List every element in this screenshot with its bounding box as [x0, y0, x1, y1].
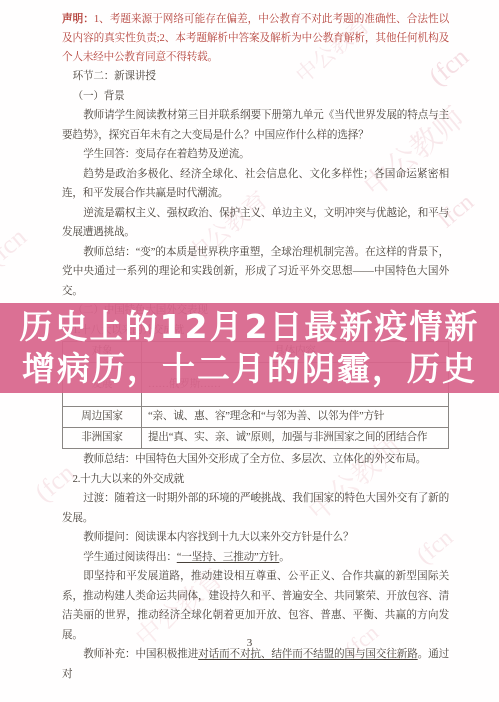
paragraph: 学生回答：变局存在着趋势及逆流。	[62, 145, 449, 165]
overlay-title-line1: 历史上的12月2日最新疫情新	[20, 306, 480, 348]
table-cell: 周边国家	[63, 407, 142, 428]
paragraph-text: 教师补充：中国积极推进	[83, 649, 198, 660]
paragraph: 趋势是政治多极化、经济全球化、社会信息化、文化多样性；各国命运紧密相连，和平发展…	[62, 165, 449, 204]
paragraph: 教师补充：中国积极推进对话而不对抗、结伴而不结盟的国与国交往新路。通过对	[62, 645, 449, 684]
underlined-phrase: “一坚持、三推动”方针	[177, 552, 280, 563]
table-row: 周边国家 “亲、诚、惠、容”理念和“与邻为善、以邻为伴”方针	[63, 407, 449, 428]
overlay-banner: 历史上的12月2日最新疫情新 增病历，十二月的阴霾，历史	[0, 303, 499, 393]
paragraph: 过渡：随着这一时期外部的环境的严峻挑战、我们国家的特色大国外交有了新的发展。	[62, 489, 449, 528]
page-number: 3	[0, 637, 499, 649]
section-heading: 环节二：新课讲授	[62, 67, 449, 87]
disclaimer: 声明：1、考题来源于网络可能存在偏差，中公教育不对此考题的准确性、合法性以及内容…	[62, 10, 449, 67]
watermark-text: (fcn	[0, 222, 33, 272]
paragraph: 教师总结：中国特色大国外交形成了全方位、多层次、立体化的外交布局。	[62, 450, 449, 470]
paragraph: 逆流是霸权主义、强权政治、保护主义、单边主义，文明冲突与优越论，和平与发展遭遇挑…	[62, 204, 449, 243]
paragraph: 即坚持和平发展道路，推动建设相互尊重、公平正义、合作共赢的新型国际关系，推动构建…	[62, 567, 449, 645]
table-cell: “亲、诚、惠、容”理念和“与邻为善、以邻为伴”方针	[142, 407, 449, 428]
document-page: 中公教育 (fcn 中公教师 (fcn lfcn 中公教育 (fcn 中公教师 …	[0, 0, 499, 702]
overlay-title-line2: 增病历，十二月的阴霾，历史	[22, 348, 477, 390]
table-row: 非洲国家 提出“真、实、亲、诚”原则，加强与非洲国家之间的团结合作	[63, 428, 449, 449]
paragraph: 学生通过阅读得出：“一坚持、三推动”方针。	[62, 548, 449, 568]
list-item-heading: 2.十九大以来的外交成就	[62, 470, 449, 490]
paragraph: 教师请学生阅读教材第三目并联系纲要下册第九单元《当代世界发展的特点与主要趋势》，…	[62, 106, 449, 145]
table-cell: 非洲国家	[63, 428, 142, 449]
paragraph: 教师提问：阅读课本内容找到十九大以来外交方针是什么？	[62, 528, 449, 548]
underlined-phrase: 对话而不对抗、结伴而不结盟的国与国交往新路	[198, 649, 418, 660]
subsection-heading: （一）背景	[62, 87, 449, 107]
paragraph-text: 。	[279, 552, 289, 563]
disclaimer-label: 声明：	[62, 14, 94, 25]
paragraph-text: 学生通过阅读得出：	[83, 552, 177, 563]
paragraph: 教师总结：“变”的本质是世界秩序重塑，全球治理机制完善。在这样的背景下，党中央通…	[62, 243, 449, 302]
table-cell: 提出“真、实、亲、诚”原则，加强与非洲国家之间的团结合作	[142, 428, 449, 449]
disclaimer-body: 1、考题来源于网络可能存在偏差，中公教育不对此考题的准确性、合法性以及内容的真实…	[62, 14, 449, 63]
